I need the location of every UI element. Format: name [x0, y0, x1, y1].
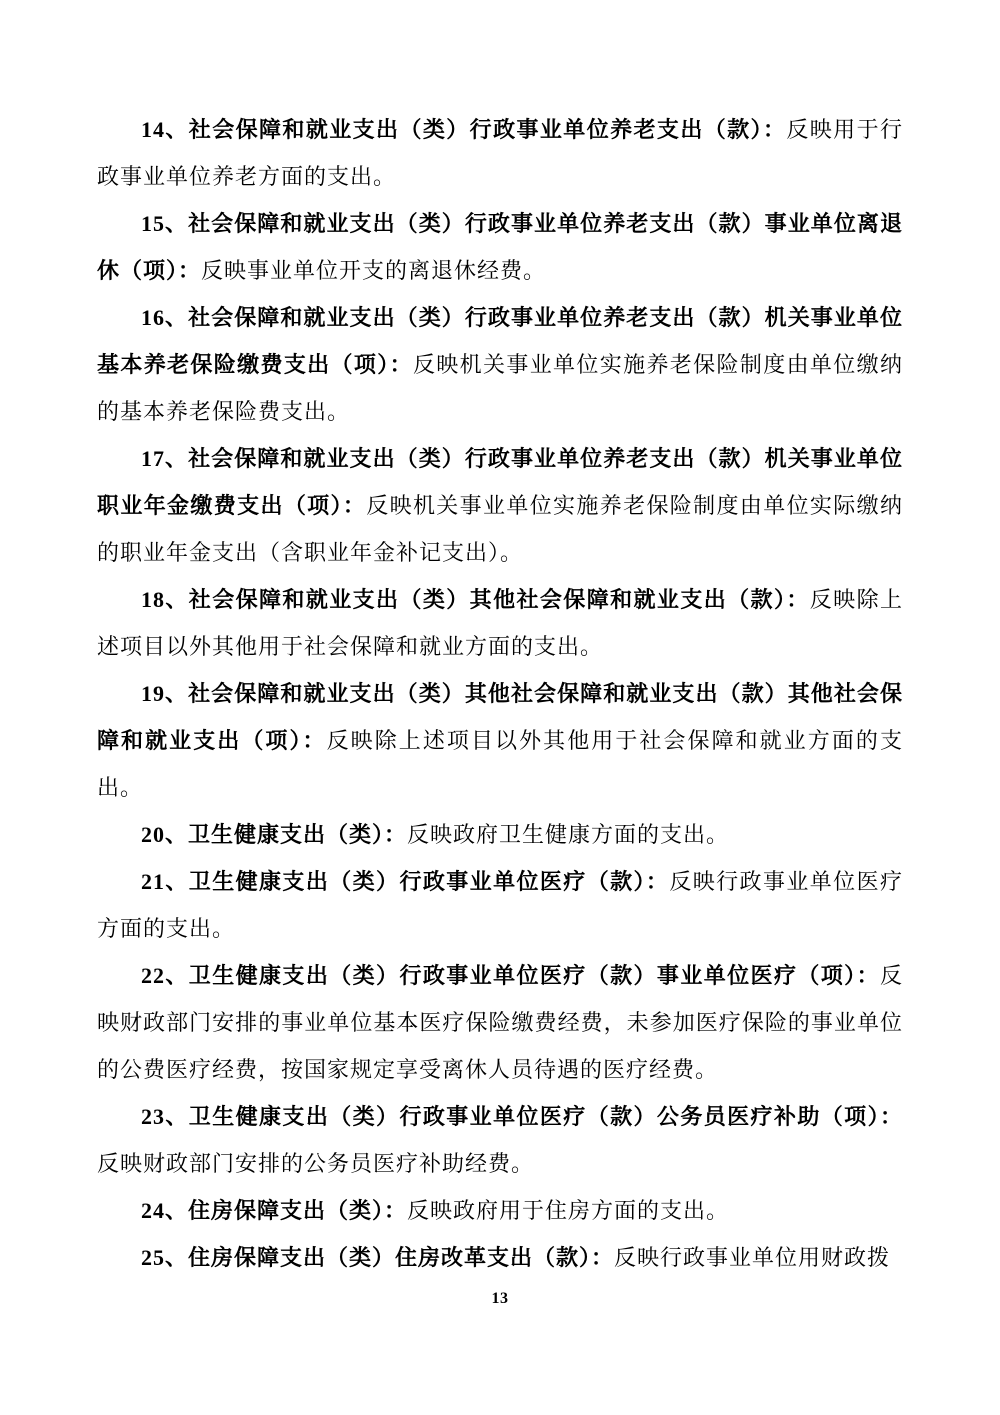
expense-item-19: 19、社会保障和就业支出（类）其他社会保障和就业支出（款）其他社会保障和就业支出…	[97, 670, 903, 811]
expense-item-21: 21、卫生健康支出（类）行政事业单位医疗（款）：反映行政事业单位医疗方面的支出。	[97, 858, 903, 952]
item-label: 22、卫生健康支出（类）行政事业单位医疗（款）事业单位医疗（项）：	[141, 963, 880, 988]
document-body: 14、社会保障和就业支出（类）行政事业单位养老支出（款）：反映用于行政事业单位养…	[97, 106, 903, 1281]
item-description: 反映事业单位开支的离退休经费。	[201, 258, 546, 283]
expense-item-23: 23、卫生健康支出（类）行政事业单位医疗（款）公务员医疗补助（项）：反映财政部门…	[97, 1093, 903, 1187]
item-label: 20、卫生健康支出（类）：	[141, 822, 407, 847]
page-number: 13	[0, 1290, 1000, 1308]
item-description: 反映政府用于住房方面的支出。	[407, 1198, 729, 1223]
item-label: 21、卫生健康支出（类）行政事业单位医疗（款）：	[141, 869, 669, 894]
expense-item-15: 15、社会保障和就业支出（类）行政事业单位养老支出（款）事业单位离退休（项）：反…	[97, 200, 903, 294]
expense-item-17: 17、社会保障和就业支出（类）行政事业单位养老支出（款）机关事业单位职业年金缴费…	[97, 435, 903, 576]
expense-item-18: 18、社会保障和就业支出（类）其他社会保障和就业支出（款）：反映除上述项目以外其…	[97, 576, 903, 670]
item-label: 24、住房保障支出（类）：	[141, 1198, 407, 1223]
item-description: 反映财政部门安排的公务员医疗补助经费。	[97, 1151, 534, 1176]
expense-item-14: 14、社会保障和就业支出（类）行政事业单位养老支出（款）：反映用于行政事业单位养…	[97, 106, 903, 200]
item-label: 14、社会保障和就业支出（类）行政事业单位养老支出（款）：	[141, 117, 786, 142]
expense-item-24: 24、住房保障支出（类）：反映政府用于住房方面的支出。	[97, 1187, 903, 1234]
item-label: 23、卫生健康支出（类）行政事业单位医疗（款）公务员医疗补助（项）：	[141, 1104, 903, 1129]
expense-item-22: 22、卫生健康支出（类）行政事业单位医疗（款）事业单位医疗（项）：反映财政部门安…	[97, 952, 903, 1093]
item-description: 反映行政事业单位用财政拨	[614, 1245, 890, 1270]
expense-item-20: 20、卫生健康支出（类）：反映政府卫生健康方面的支出。	[97, 811, 903, 858]
item-label: 18、社会保障和就业支出（类）其他社会保障和就业支出（款）：	[141, 587, 810, 612]
expense-item-16: 16、社会保障和就业支出（类）行政事业单位养老支出（款）机关事业单位基本养老保险…	[97, 294, 903, 435]
item-label: 25、住房保障支出（类）住房改革支出（款）：	[141, 1245, 614, 1270]
item-description: 反映政府卫生健康方面的支出。	[407, 822, 729, 847]
expense-item-25: 25、住房保障支出（类）住房改革支出（款）：反映行政事业单位用财政拨	[97, 1234, 903, 1281]
